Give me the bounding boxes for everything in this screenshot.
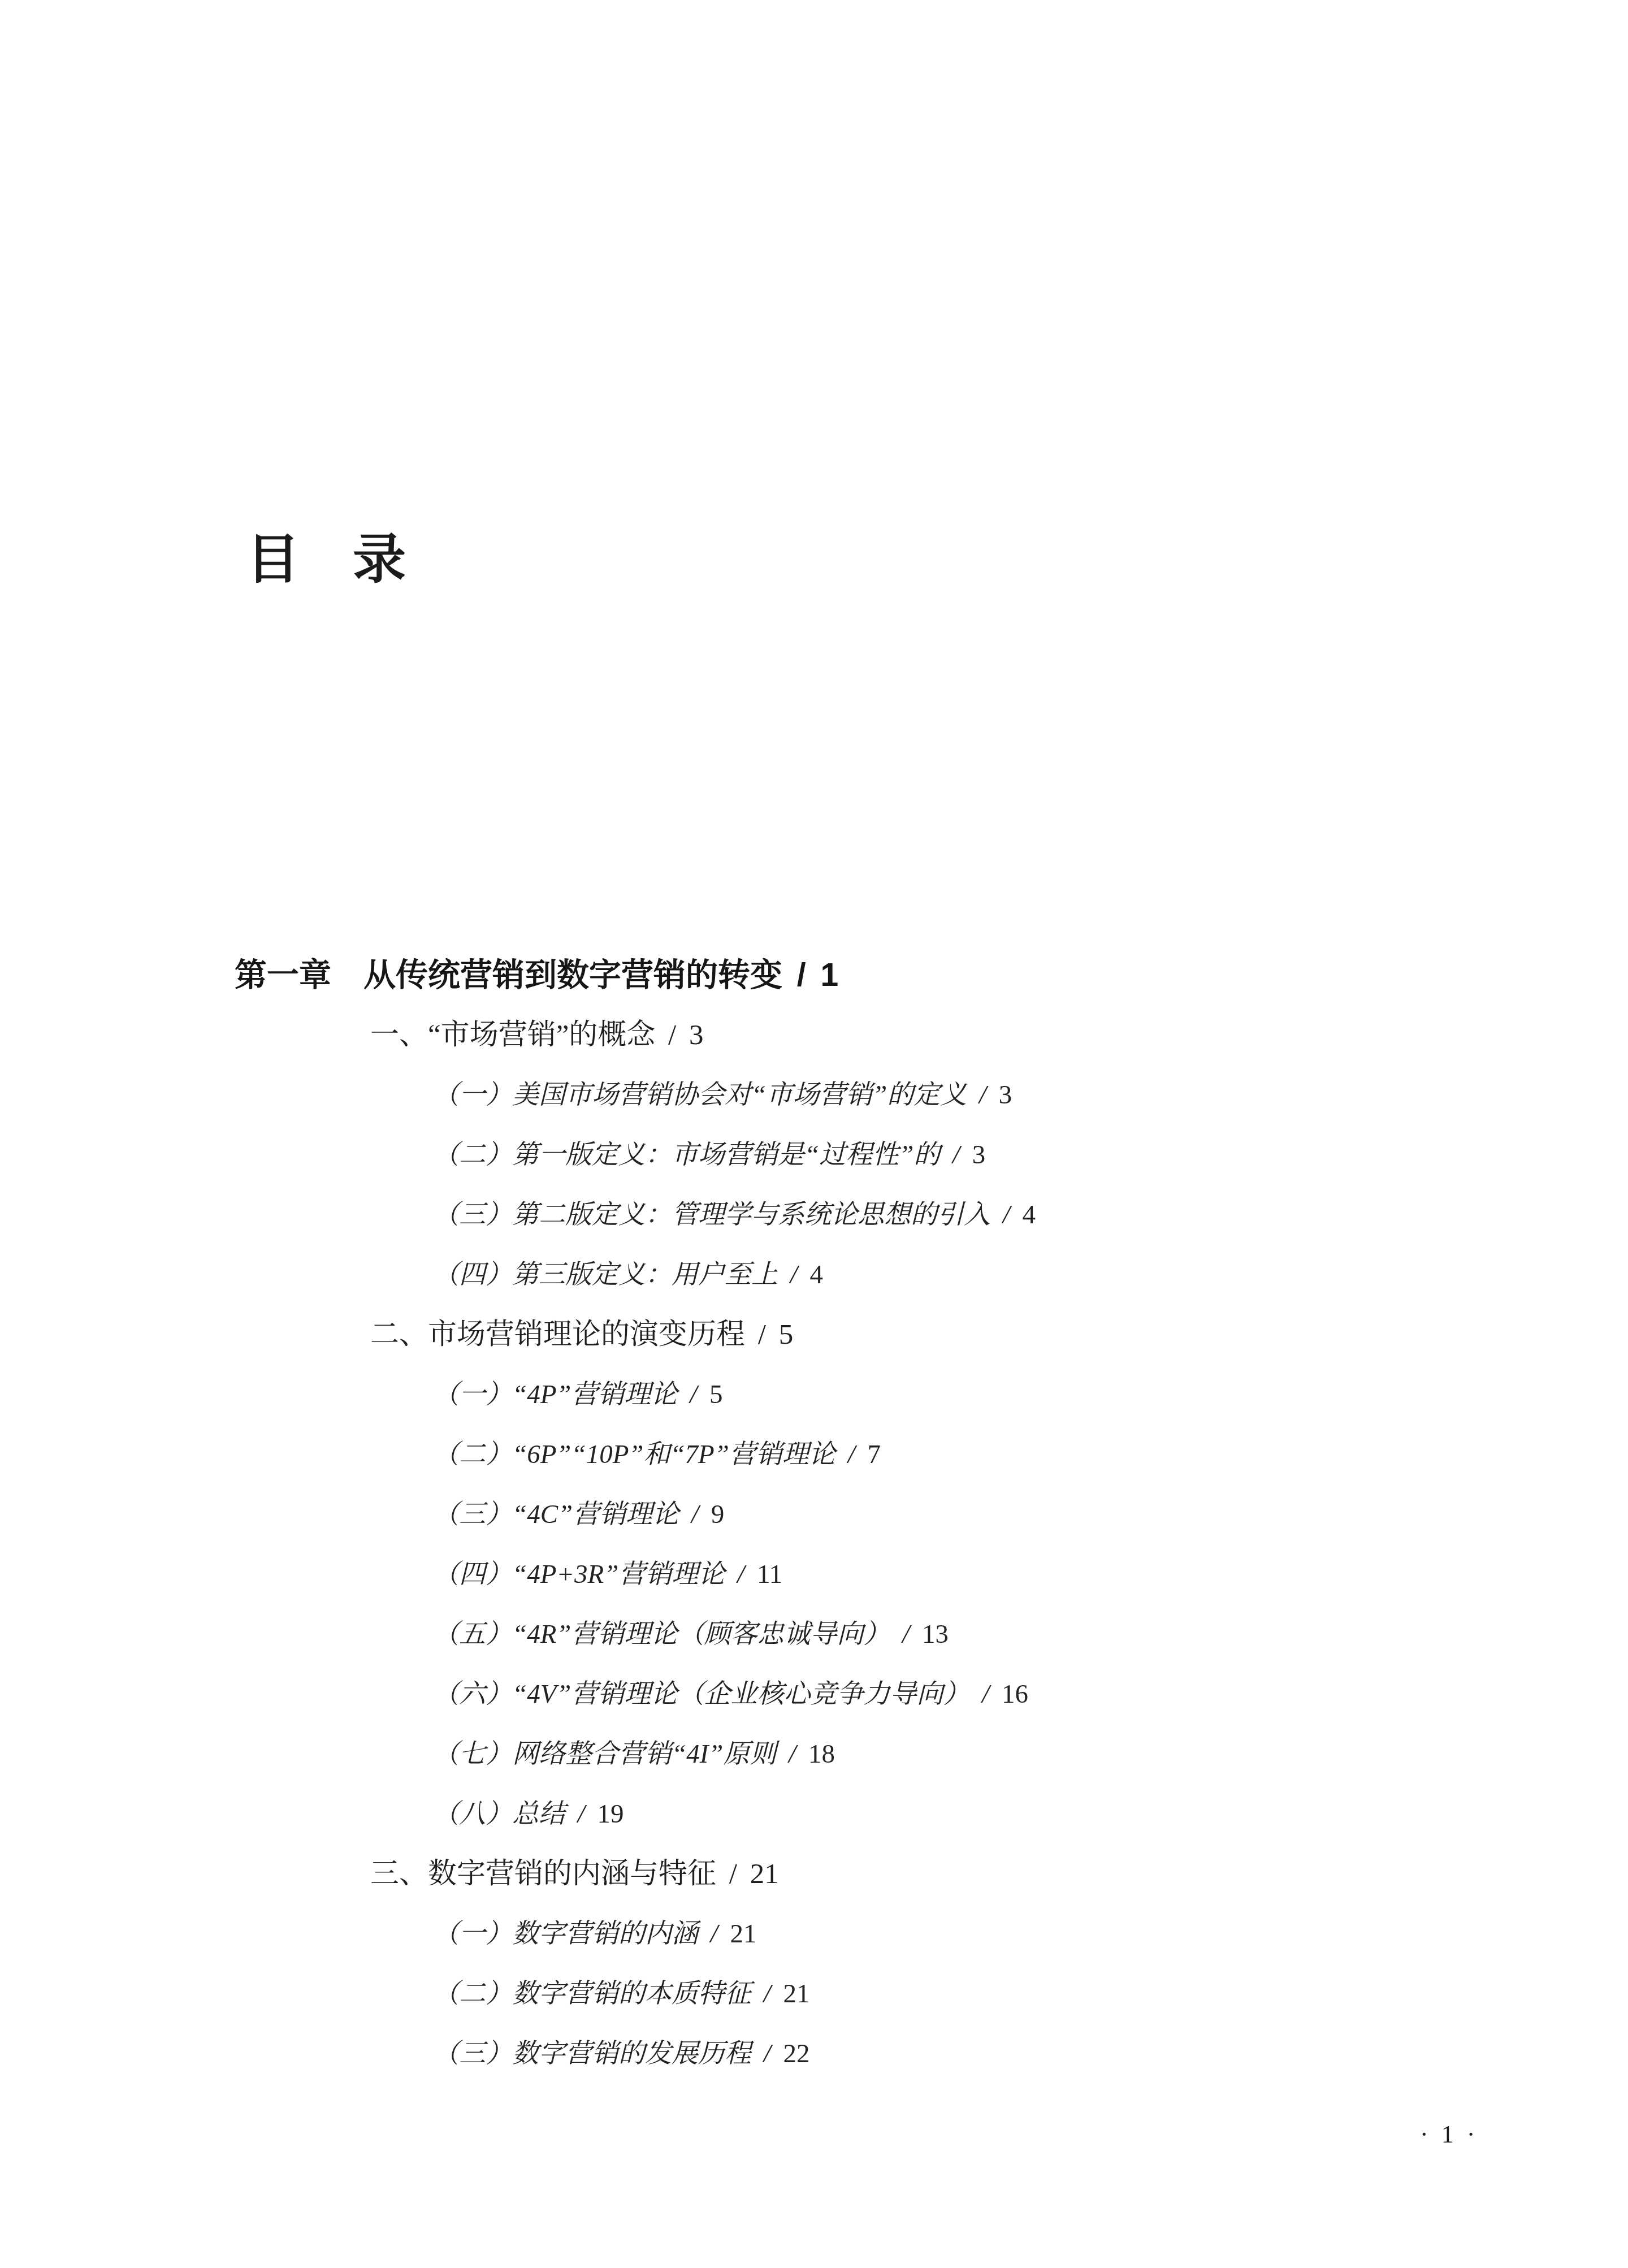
toc-entry-page: 21: [783, 1979, 810, 2009]
toc-entry-page: 13: [922, 1620, 949, 1649]
toc-entry: （二）“6P”“10P”和“7P”营销理论 / 7: [0, 1425, 1628, 1484]
toc-entry-page: 3: [689, 1019, 704, 1051]
toc-entry: （六）“4V”营销理论（企业核心竞争力导向） / 16: [0, 1664, 1628, 1724]
toc-entry-separator: /: [725, 1560, 757, 1589]
page-number: · 1 ·: [1420, 2120, 1478, 2150]
toc-entry-text: （二）第一版定义：市场营销是“过程性”的: [432, 1140, 940, 1170]
toc-entry-page: 21: [750, 1858, 779, 1890]
toc-entry-separator: /: [678, 1380, 710, 1409]
toc-entry-separator: /: [940, 1140, 972, 1170]
toc-entry: （一）美国市场营销协会对“市场营销”的定义 / 3: [0, 1065, 1628, 1125]
toc-entry-separator: /: [835, 1440, 868, 1469]
toc-entry-page: 3: [972, 1140, 986, 1170]
toc-entry-separator: /: [778, 1260, 810, 1289]
toc-entry-text: 三、数字营销的内涵与特征: [370, 1858, 716, 1890]
toc-entry-page: 4: [1023, 1200, 1036, 1230]
toc-entry-page: 21: [730, 1919, 757, 1949]
toc-entry-page: 7: [868, 1440, 881, 1469]
toc-entry: （一）“4P”营销理论 / 5: [0, 1365, 1628, 1425]
toc-entry: （四）第三版定义：用户至上 / 4: [0, 1245, 1628, 1305]
toc-entry-separator: /: [970, 1680, 1002, 1709]
toc-entry-text: （三）“4C”营销理论: [432, 1500, 679, 1529]
toc-entry-separator: /: [751, 1979, 783, 2009]
toc-page: 目 录 第一章 从传统营销到数字营销的转变 / 1一、“市场营销”的概念 / 3…: [0, 0, 1628, 2268]
toc-entry-text: （四）第三版定义：用户至上: [432, 1260, 778, 1289]
toc-entry-page: 5: [709, 1380, 723, 1409]
toc-entry-text: 二、市场营销理论的演变历程: [370, 1319, 745, 1351]
toc-entry-page: 11: [757, 1560, 782, 1589]
toc-entry-page: 9: [711, 1500, 725, 1529]
toc-entry-text: （二）数字营销的本质特征: [432, 1979, 751, 2009]
toc-entry: （四）“4P+3R”营销理论 / 11: [0, 1544, 1628, 1604]
toc-entry-text: （一）数字营销的内涵: [432, 1919, 698, 1949]
toc-entry: 一、“市场营销”的概念 / 3: [0, 1005, 1628, 1065]
toc-entry-separator: /: [698, 1919, 730, 1949]
toc-entry-separator: /: [967, 1080, 999, 1110]
toc-entry-separator: /: [745, 1319, 779, 1351]
toc-entry: （二）数字营销的本质特征 / 21: [0, 1964, 1628, 2024]
toc-entry-text: （七）网络整合营销“4I”原则: [432, 1739, 776, 1769]
toc-entry-text: （五）“4R”营销理论（顾客忠诚导向）: [432, 1620, 890, 1649]
toc-entry-page: 19: [597, 1799, 624, 1829]
toc-entry-text: （四）“4P+3R”营销理论: [432, 1560, 725, 1589]
toc-entry: （八）总结 / 19: [0, 1784, 1628, 1844]
toc-entry-text: （一）“4P”营销理论: [432, 1380, 678, 1409]
toc-entry-page: 18: [808, 1739, 835, 1769]
toc-chapter-heading: 第一章 从传统营销到数字营销的转变 / 1: [0, 945, 1628, 1005]
toc-entry-page: 1: [821, 957, 839, 993]
toc-entry: （三）第二版定义：管理学与系统论思想的引入 / 4: [0, 1185, 1628, 1245]
toc-entry-text: 第一章 从传统营销到数字营销的转变: [235, 957, 782, 993]
toc-entry-separator: /: [565, 1799, 597, 1829]
toc-entry-text: （六）“4V”营销理论（企业核心竞争力导向）: [432, 1680, 970, 1709]
toc-entry: （三）“4C”营销理论 / 9: [0, 1484, 1628, 1544]
toc-entry: 二、市场营销理论的演变历程 / 5: [0, 1305, 1628, 1365]
toc-entry: （三）数字营销的发展历程 / 22: [0, 2024, 1628, 2084]
page-title: 目 录: [246, 531, 406, 590]
toc-entry-page: 4: [810, 1260, 824, 1289]
toc-entry-text: （二）“6P”“10P”和“7P”营销理论: [432, 1440, 835, 1469]
toc-entry: （五）“4R”营销理论（顾客忠诚导向） / 13: [0, 1604, 1628, 1664]
toc-entry-separator: /: [716, 1858, 750, 1890]
toc-entry-text: （一）美国市场营销协会对“市场营销”的定义: [432, 1080, 967, 1110]
toc-entry-separator: /: [655, 1019, 689, 1051]
toc-entry-page: 5: [779, 1319, 794, 1351]
toc-entry: （一）数字营销的内涵 / 21: [0, 1904, 1628, 1964]
toc-entry-page: 16: [1002, 1680, 1028, 1709]
toc-entry: 三、数字营销的内涵与特征 / 21: [0, 1844, 1628, 1904]
toc-entry-separator: /: [679, 1500, 711, 1529]
toc-entry-text: 一、“市场营销”的概念: [370, 1019, 655, 1051]
toc-entry-text: （三）第二版定义：管理学与系统论思想的引入: [432, 1200, 990, 1230]
toc-entry-separator: /: [776, 1739, 808, 1769]
toc-entry-text: （三）数字营销的发展历程: [432, 2039, 751, 2068]
toc-entry-text: （八）总结: [432, 1799, 565, 1829]
toc-entry-separator: /: [890, 1620, 923, 1649]
toc-entry: （七）网络整合营销“4I”原则 / 18: [0, 1724, 1628, 1784]
toc-entry-page: 22: [783, 2039, 810, 2068]
toc-entry-separator: /: [990, 1200, 1023, 1230]
toc-entry: （二）第一版定义：市场营销是“过程性”的 / 3: [0, 1125, 1628, 1185]
toc-entry-separator: /: [751, 2039, 783, 2068]
toc-entry-separator: /: [782, 957, 821, 993]
toc-list: 第一章 从传统营销到数字营销的转变 / 1一、“市场营销”的概念 / 3（一）美…: [0, 945, 1628, 2084]
toc-entry-page: 3: [999, 1080, 1012, 1110]
